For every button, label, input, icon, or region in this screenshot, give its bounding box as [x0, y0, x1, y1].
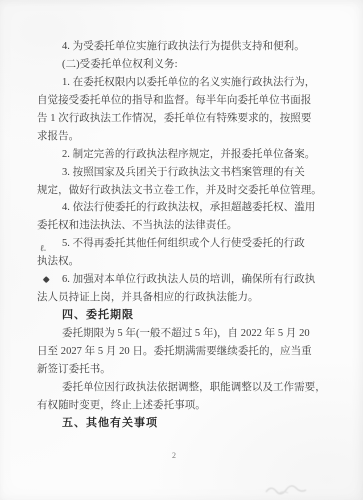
section-heading-5: 五、其他有关事项 [37, 415, 315, 433]
pen-tick-mark: ℓ. [39, 243, 46, 254]
doc-line: 委托单位因行政执法依据调整，职能调整以及工作需要， [37, 379, 315, 397]
doc-line: 求报告。 [37, 128, 315, 146]
doc-line: 执法权。 [37, 253, 315, 271]
doc-line: 日至 2027 年 5 月 20 日。委托期满需要继续委托的，应当重 [37, 343, 315, 361]
doc-line: 3. 按照国家及兵团关于行政执法文书档案管理的有关 [37, 164, 315, 182]
doc-line: 有权随时变更，终止上述委托事项。 [37, 397, 315, 415]
doc-line: 新签订委托书。 [37, 361, 315, 379]
doc-line: 2. 制定完善的行政执法程序规定，并报委托单位备案。 [37, 146, 315, 164]
doc-line: 1. 在委托权限内以委托单位的名义实施行政执法行为， [37, 74, 315, 92]
doc-line: 规定，做好行政执法文书立卷工作，并及时交委托单位管理。 [37, 182, 315, 200]
doc-line: 5. 不得再委托其他任何组织或个人行使受委托的行政 [37, 235, 315, 253]
doc-line: 6. 加强对本单位行政执法人员的培训，确保所有行政执 [37, 271, 315, 289]
document-body-text: 4. 为受委托单位实施行政执法行为提供支持和便利。 (二)受委托单位权利义务: … [37, 38, 315, 433]
doc-line: 委托权和违法执法、不当执法的法律责任。 [37, 217, 315, 235]
scanned-document-page: 4. 为受委托单位实施行政执法行为提供支持和便利。 (二)受委托单位权利义务: … [0, 0, 363, 500]
section-heading-4: 四、委托期限 [37, 307, 315, 325]
doc-line: 告 1 次行政执法工作情况，委托单位有特殊要求的，按照要 [37, 110, 315, 128]
smudge-mark [264, 482, 310, 496]
doc-line: 4. 依法行使委托的行政执法权，承担超越委托权、滥用 [37, 199, 315, 217]
page-number: 2 [168, 451, 180, 460]
doc-line: 法人员持证上岗，并具备相应的行政执法能力。 [37, 289, 315, 307]
doc-line: 委托期限为 5 年(一般不超过 5 年)，自 2022 年 5 月 20 [37, 325, 315, 343]
doc-line: 4. 为受委托单位实施行政执法行为提供支持和便利。 [37, 38, 315, 56]
doc-line: 自觉接受委托单位的指导和监督。每半年向委托单位书面报 [37, 92, 315, 110]
doc-line: (二)受委托单位权利义务: [37, 56, 315, 74]
